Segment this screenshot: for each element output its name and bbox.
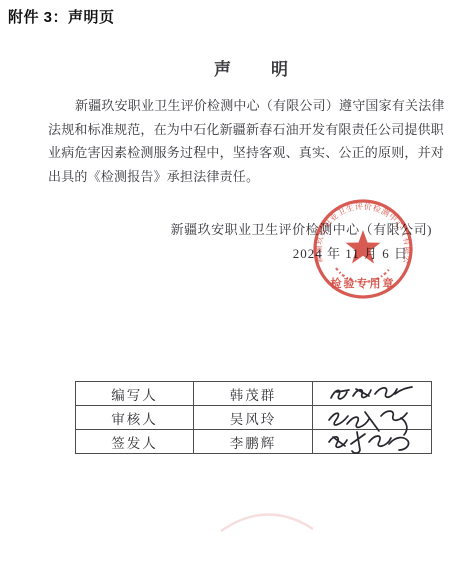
role-cell: 编写人 [76,382,194,406]
body-line: 业病危害因素检测服务过程中，坚持客观、真实、公正的原则，并对 [48,141,440,165]
body-line: 出具的《检测报告》承担法律责任。 [48,165,440,189]
red-company-seal: 新疆玖安职业卫生评价检测中心（有限公司） 检验专用章 [306,192,420,306]
seal-bottom-text: 检验专用章 [331,276,396,290]
attachment-label: 附件 3：声明页 [8,6,115,27]
approval-table: 编写人 韩茂群 审核人 吴风玲 [75,381,432,454]
name-cell: 韩茂群 [194,382,313,406]
declaration-page: 附件 3：声明页 声 明 新疆玖安职业卫生评价检测中心（有限公司）遵守国家有关法… [0,0,450,575]
signature-cell [313,430,432,454]
declaration-body: 新疆玖安职业卫生评价检测中心（有限公司）遵守国家有关法律 法规和标准规范，在为中… [48,94,440,188]
seal-star-icon [346,230,381,264]
body-line: 新疆玖安职业卫生评价检测中心（有限公司）遵守国家有关法律 [48,94,440,118]
handwritten-signature-li-penghui [323,428,418,458]
faint-seal-arc [219,505,315,535]
body-line: 法规和标准规范，在为中石化新疆新春石油开发有限责任公司提供职 [48,118,440,142]
role-cell: 审核人 [76,406,194,430]
signature-cell [313,382,432,406]
table-row-issuer: 签发人 李鹏辉 [76,430,432,454]
table-row-reviewer: 审核人 吴风玲 [76,406,432,430]
role-cell: 签发人 [76,430,194,454]
name-cell: 吴风玲 [194,406,313,430]
page-title: 声 明 [54,55,450,80]
name-cell: 李鹏辉 [194,430,313,454]
signature-cell [313,406,432,430]
table-row-writer: 编写人 韩茂群 [76,382,432,406]
